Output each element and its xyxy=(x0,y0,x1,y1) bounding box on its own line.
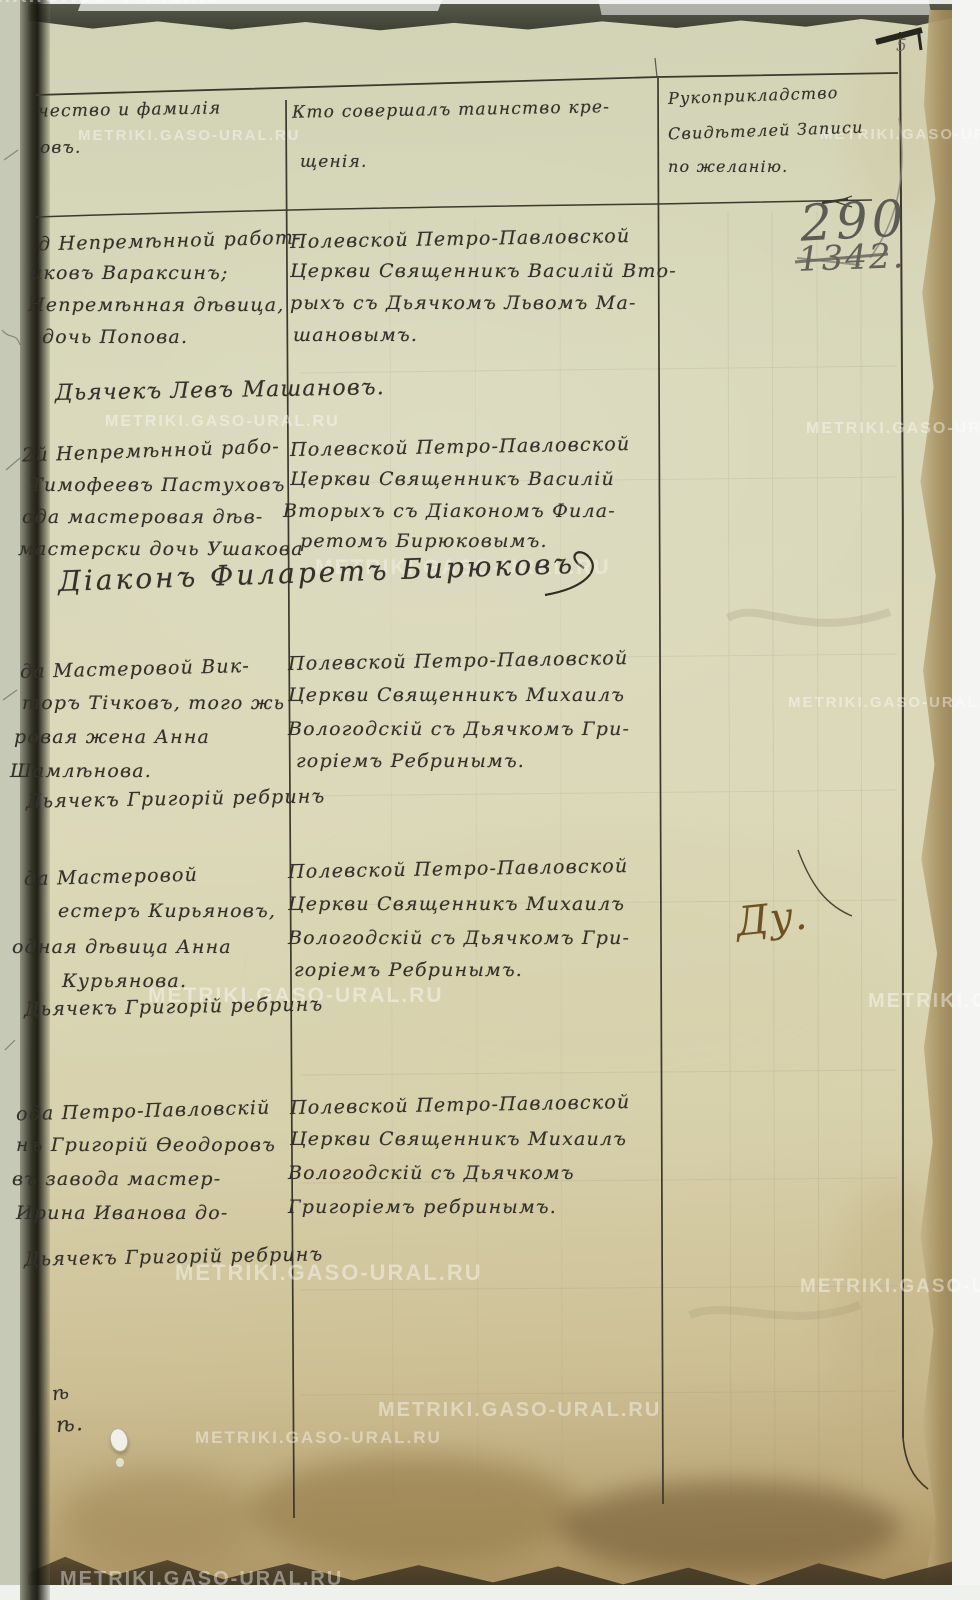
witnesses-line: Непремѣнная дѣвица, xyxy=(28,294,284,316)
officiant-line: Церкви Священникъ Василій Вто- xyxy=(290,260,677,282)
watermark: METRIKI.GASO-URAL.RU xyxy=(0,0,223,8)
officiant-line: рыхъ съ Дьячкомъ Львомъ Ма- xyxy=(290,292,637,314)
officiant-line: Вологодскій съ Дьячкомъ Гри- xyxy=(288,927,630,949)
officiant-line: Церкви Священникъ Василій xyxy=(290,468,615,490)
header-col3-line3: по желанію. xyxy=(668,157,788,176)
margin-ink-note: Ду. xyxy=(734,892,810,945)
witnesses-line: естеръ Кирьяновъ, xyxy=(58,900,276,922)
watermark: METRIKI.GASO-URAL.RU xyxy=(806,420,980,438)
watermark: METRIKI.GASO-URAL.RU xyxy=(60,1568,343,1591)
witnesses-line: Тимофеевъ Пастуховъ xyxy=(30,474,285,496)
witnesses-line: ода мастеровая дѣв- xyxy=(22,506,264,528)
officiant-line: Церкви Священникъ Михаилъ xyxy=(288,893,625,915)
corner-pencil-mark: 5 xyxy=(896,36,907,56)
officiant-line: шановымъ. xyxy=(293,324,418,346)
witnesses-line: торъ Тічковъ, того жь xyxy=(22,692,285,714)
witnesses-line: въ завода мастер- xyxy=(12,1168,221,1190)
officiant-line: Григоріемъ ребринымъ. xyxy=(288,1196,557,1218)
witnesses-line: иковъ Вараксинъ; xyxy=(30,262,229,284)
witnesses-line: да Мастеровой xyxy=(24,864,199,891)
bottom-ink-mark: ѣ xyxy=(51,1381,72,1405)
watermark: METRIKI.GASO-URAL.RU xyxy=(378,1399,661,1422)
header-col1-line1: чество и фамилія xyxy=(38,98,222,121)
officiant-line: Церкви Священникъ Михаилъ xyxy=(288,684,625,706)
officiant-line: горіемъ Ребринымъ. xyxy=(294,959,523,981)
watermark: METRIKI.GASO-URAL.RU xyxy=(195,1428,442,1448)
header-col2-line2: щенія. xyxy=(300,152,368,172)
watermark: METRIKI.GASO-URAL.RU xyxy=(800,1276,980,1298)
header-col1-line2: овъ. xyxy=(40,138,82,158)
watermark: METRIKI.GASO-URAL.RU xyxy=(788,694,980,711)
witnesses-line: нъ Григорій Ѳеодоровъ xyxy=(16,1134,276,1156)
officiant-line: горіемъ Ребринымъ. xyxy=(296,750,525,772)
officiant-line: Вологодскій съ Дьячкомъ Гри- xyxy=(288,718,630,740)
watermark: METRIKI.GASO-URAL.RU xyxy=(78,127,301,144)
bottom-ink-mark: ѣ. xyxy=(55,1411,85,1437)
officiant-line: Вторыхъ съ Діакономъ Фила- xyxy=(283,500,616,522)
watermark: METRIKI.GASO-URAL.RU xyxy=(868,990,980,1013)
officiant-line: Церкви Священникъ Михаилъ xyxy=(290,1128,627,1150)
witnesses-line: Ирина Иванова до- xyxy=(16,1202,229,1224)
witnesses-line: дочь Попова. xyxy=(42,326,188,348)
witnesses-line: ровая жена Анна xyxy=(14,726,210,748)
watermark: METRIKI.GASO-URAL.RU xyxy=(640,1133,810,1165)
witnesses-line: Курьянова. xyxy=(62,970,187,992)
document-scan: METRIKI.GASO-URAL.RU METRIKI.GASO-URAL.R… xyxy=(0,0,980,1600)
witnesses-line: одная дѣвица Анна xyxy=(12,936,232,958)
officiant-line: Вологодскій съ Дьячкомъ xyxy=(288,1162,575,1184)
witnesses-line: Шамлѣнова. xyxy=(10,760,152,782)
worm-hole xyxy=(116,1458,124,1467)
crossed-out-number: 1342. xyxy=(797,236,906,280)
witnesses-line: мастерски дочь Ушакова xyxy=(18,538,304,560)
watermark: METRIKI.GASO-URAL.RU xyxy=(105,413,340,431)
